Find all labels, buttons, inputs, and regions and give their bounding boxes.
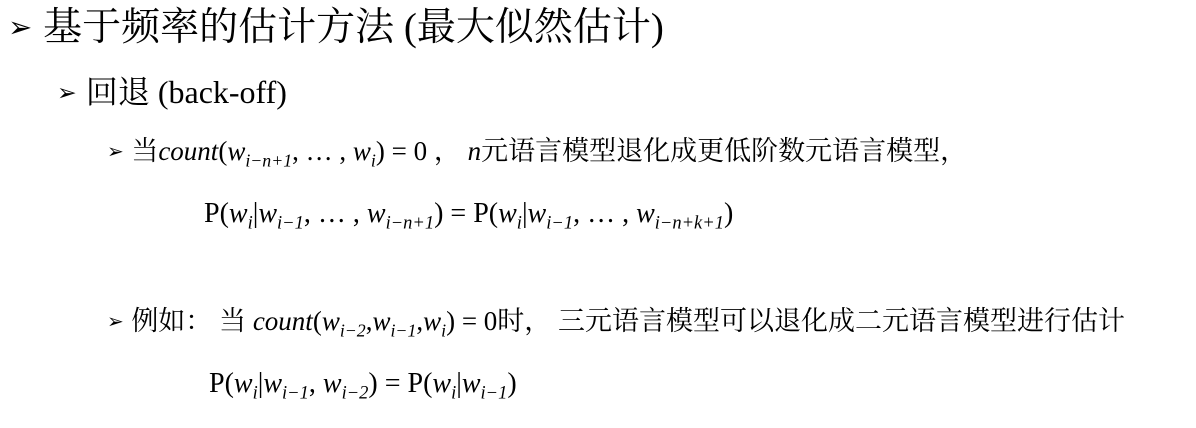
bullet-item-example: ➢例如： 当 count(wi−2,wi−1,wi) = 0时， 三元语言模型可… xyxy=(107,306,1125,337)
bullet-item-condition: ➢当count(wi−n+1, … , wi) = 0 ， n元语言模型退化成更… xyxy=(107,136,967,167)
bullet-item-backoff: ➢回退 (back-off) xyxy=(57,74,287,111)
condition-text: 当count(wi−n+1, … , wi) = 0 ， n元语言模型退化成更低… xyxy=(131,136,967,166)
arrow-bullet-icon: ➢ xyxy=(107,311,124,334)
backoff-label: 回退 (back-off) xyxy=(86,74,287,110)
example-text: 例如： 当 count(wi−2,wi−1,wi) = 0时， 三元语言模型可以… xyxy=(131,306,1125,336)
slide-canvas: ➢基于频率的估计方法 (最大似然估计) ➢回退 (back-off) ➢当cou… xyxy=(0,0,1196,428)
arrow-bullet-icon: ➢ xyxy=(57,81,77,108)
backoff-general-formula: P(wi|wi−1, … , wi−n+1) = P(wi|wi−1, … , … xyxy=(204,198,733,230)
slide-title: 基于频率的估计方法 (最大似然估计) xyxy=(43,6,664,49)
trigram-backoff-formula: P(wi|wi−1, wi−2) = P(wi|wi−1) xyxy=(209,368,517,400)
arrow-bullet-icon: ➢ xyxy=(107,141,124,164)
arrow-bullet-icon: ➢ xyxy=(8,12,32,45)
slide-title-line: ➢基于频率的估计方法 (最大似然估计) xyxy=(8,6,664,51)
